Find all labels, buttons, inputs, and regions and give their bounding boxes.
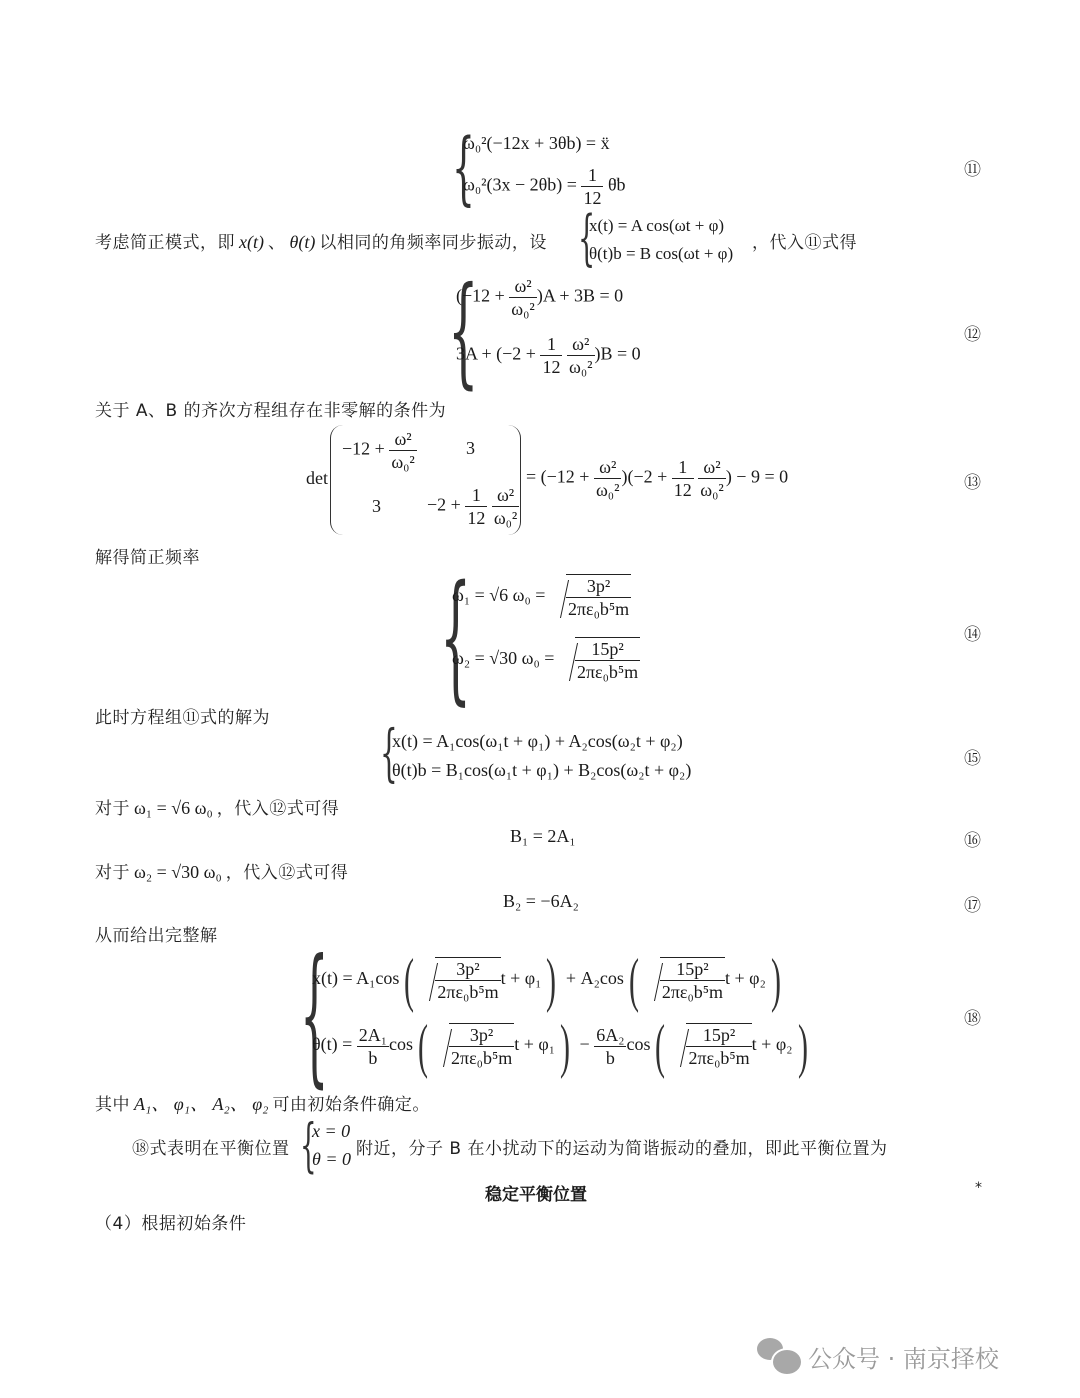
fraction: 112 <box>540 333 562 378</box>
ansatz-line-1: x(t) = A cos(ωt + φ) <box>589 216 724 236</box>
fraction: 2A₁b <box>357 1024 389 1069</box>
equation-11-line-1: ω₀²(−12x + 3θb) = ẍ <box>463 133 610 154</box>
ansatz-line-2: θ(t)b = B cos(ωt + φ) <box>589 244 733 264</box>
equation-14-line-1: ω₁ = √6 ω₀ = 3p²2πε₀b⁵m <box>452 574 631 620</box>
matrix-cell-11: −12 + ω²ω₀² <box>342 428 417 473</box>
conclusion-stable-equilibrium: 稳定平衡位置 <box>485 1180 587 1205</box>
paragraph-nonzero-condition: 关于 A、B 的齐次方程组存在非零解的条件为 <box>95 396 446 421</box>
equation-label-12: ⑫ <box>964 320 981 345</box>
fraction: ω²ω₀² <box>567 333 595 378</box>
equation-12-line-1: (−12 + ω²ω₀²)A + 3B = 0 <box>456 275 623 320</box>
square-root: 15p²2πε₀b⁵m <box>559 637 640 683</box>
fraction: ω²ω₀² <box>389 428 417 473</box>
equation-17: B₂ = −6A₂ <box>503 891 579 912</box>
fraction: 3p²2πε₀b⁵m <box>566 575 631 620</box>
fraction: ω²ω₀² <box>594 456 622 501</box>
fraction: 15p²2πε₀b⁵m <box>660 958 725 1003</box>
right-paren: ) <box>546 950 556 1010</box>
paragraph-equilibrium-b: 附近，分子 B 在小扰动下的运动为简谐振动的叠加，即此平衡位置为 <box>356 1134 887 1159</box>
paragraph-substitute: ，代入⑪式得 <box>752 228 857 253</box>
paragraph-initial-constants: 其中 A₁、 φ₁、 A₂、 φ₂ 可由初始条件确定。 <box>95 1090 430 1116</box>
square-root: 3p²2πε₀b⁵m <box>550 574 631 620</box>
paragraph-normal-frequencies: 解得简正频率 <box>95 543 200 568</box>
fraction: 3p²2πε₀b⁵m <box>435 958 500 1003</box>
square-root: 3p²2πε₀b⁵m <box>419 957 500 1003</box>
equation-label-15: ⑮ <box>964 744 981 769</box>
square-root: 3p²2πε₀b⁵m <box>433 1023 514 1069</box>
equation-label-13: ⑬ <box>964 468 981 493</box>
equation-18-line-1: x(t) = A₁cos(3p²2πε₀b⁵mt + φ₁) + A₂cos(1… <box>312 950 786 1010</box>
fraction: ω²ω₀² <box>492 484 520 529</box>
paragraph-equilibrium-a: ⑱式表明在平衡位置 <box>132 1134 290 1159</box>
wechat-icon <box>757 1338 803 1374</box>
equation-label-11: ⑪ <box>964 155 981 180</box>
fraction: ω²ω₀² <box>509 275 537 320</box>
matrix-cell-21: 3 <box>372 496 381 517</box>
fraction: 3p²2πε₀b⁵m <box>449 1024 514 1069</box>
equation-15-line-1: x(t) = A₁cos(ω₁t + φ₁) + A₂cos(ω₂t + φ₂) <box>392 731 683 752</box>
left-paren: ( <box>655 1016 665 1076</box>
eq11-lhs: ω₀²(3x − 2θb) = <box>463 175 577 195</box>
fraction: 15p²2πε₀b⁵m <box>686 1024 751 1069</box>
right-paren: ) <box>797 1016 807 1076</box>
equation-16: B₁ = 2A₁ <box>510 826 576 847</box>
left-paren: ( <box>629 950 639 1010</box>
equilibrium-theta: θ = 0 <box>312 1149 351 1170</box>
left-paren: ( <box>418 1016 428 1076</box>
equation-label-16: ⑯ <box>964 826 981 851</box>
equation-15-line-2: θ(t)b = B₁cos(ω₁t + φ₁) + B₂cos(ω₂t + φ₂… <box>392 760 691 781</box>
determinant-expansion: = (−12 + ω²ω₀²)(−2 + 112 ω²ω₀²) − 9 = 0 <box>526 456 788 501</box>
equation-label-14: ⑭ <box>964 620 981 645</box>
right-paren: ) <box>771 950 781 1010</box>
matrix-cell-22: −2 + 112 ω²ω₀² <box>427 484 519 529</box>
paragraph-solution: 此时方程组⑪式的解为 <box>95 703 270 728</box>
fraction: 6A₂b <box>594 1024 626 1069</box>
equation-label-18: ⑱ <box>964 1004 981 1029</box>
watermark-text: 公众号 · 南京择校 <box>808 1339 999 1374</box>
equilibrium-x: x = 0 <box>312 1121 350 1142</box>
left-paren: ( <box>404 950 414 1010</box>
equation-14-line-2: ω₂ = √30 ω₀ = 15p²2πε₀b⁵m <box>452 637 640 683</box>
fraction: 112 <box>672 456 694 501</box>
matrix-cell-12: 3 <box>466 438 475 459</box>
fraction: ω²ω₀² <box>698 456 726 501</box>
paragraph-complete-solution: 从而给出完整解 <box>95 921 218 946</box>
equation-11-line-2: ω₀²(3x − 2θb) = 112 θ̈b <box>463 164 626 209</box>
square-root: 15p²2πε₀b⁵m <box>670 1023 751 1069</box>
fraction: 15p²2πε₀b⁵m <box>575 638 640 683</box>
equation-label-17: ⑰ <box>964 891 981 916</box>
paragraph-omega1: 对于 ω₁ = √6 ω₀ ，代入⑫式可得 <box>95 794 339 819</box>
det-label: det <box>306 468 328 489</box>
eq11-rhs: θ̈b <box>608 175 626 195</box>
fraction: 112 <box>465 484 487 529</box>
right-paren: ) <box>560 1016 570 1076</box>
paragraph-part-4: （4）根据初始条件 <box>95 1209 246 1234</box>
equation-18-line-2: θ(t) = 2A₁bcos(3p²2πε₀b⁵mt + φ₁) − 6A₂bc… <box>312 1016 812 1076</box>
paragraph-omega2: 对于 ω₂ = √30 ω₀ ，代入⑫式可得 <box>95 858 348 883</box>
equation-12-line-2: 3A + (−2 + 112 ω²ω₀²)B = 0 <box>456 333 641 378</box>
square-root: 15p²2πε₀b⁵m <box>644 957 725 1003</box>
star-mark: * <box>975 1180 982 1196</box>
paragraph-normal-modes: 考虑简正模式，即 x(t) 、 θ(t) 以相同的角频率同步振动，设 <box>95 228 547 253</box>
